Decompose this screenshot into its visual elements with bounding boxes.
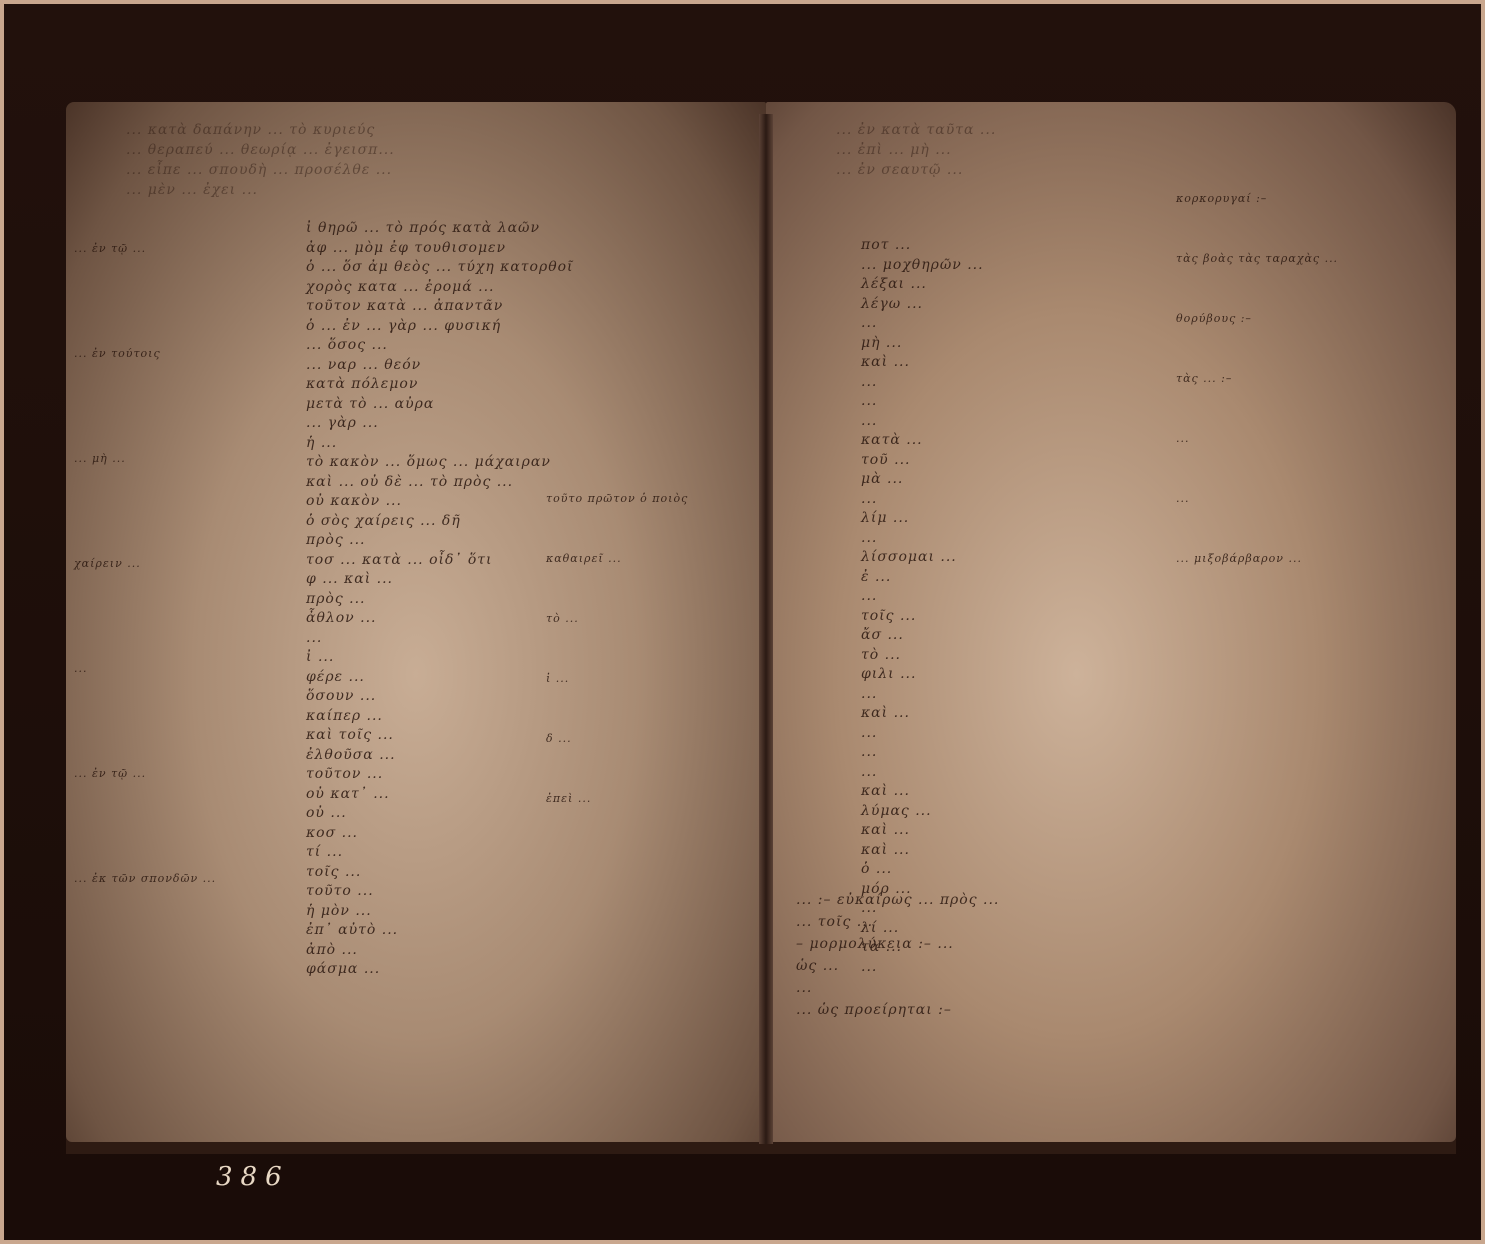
main-text-line: καὶ τοῖς ... (306, 727, 394, 743)
main-text-line: φιλι ... (861, 666, 916, 682)
main-text-line: κοσ ... (306, 825, 358, 841)
main-text-line: χορὸς κατα ... ἐρομά ... (306, 279, 494, 295)
main-text-line: ... (861, 588, 877, 604)
main-text-line: ὁ ... ἐν ... γὰρ ... φυσική (306, 318, 501, 334)
main-text-line: καὶ ... (861, 842, 910, 858)
main-text-line: λίσσομαι ... (861, 549, 957, 565)
main-text-line: φ ... καὶ ... (306, 571, 393, 587)
header-text-line: ... ἐν σεαυτῷ ... (836, 162, 963, 178)
main-text-line: ὅσουν ... (306, 688, 376, 704)
plate-number: 386 (216, 1162, 290, 1192)
marginal-note: ... ἐν τούτοις (74, 347, 161, 360)
main-text-line: ἄσ ... (861, 627, 904, 643)
main-text-line: κατὰ ... (861, 432, 923, 448)
main-text-line: ἐπ᾽ αὐτὸ ... (306, 922, 398, 938)
main-text-line: ἡ μὸν ... (306, 903, 372, 919)
main-text-line: ... μοχθηρῶν ... (861, 257, 984, 273)
header-text-line: ... κατὰ δαπάνην ... τὸ κυριεύς (126, 122, 375, 138)
main-text-line: τοῦ ... (861, 452, 911, 468)
header-text-line: ... ἐν κατὰ ταῦτα ... (836, 122, 996, 138)
marginal-note: ... ἐν τῷ ... (74, 242, 146, 255)
marginal-note: ... μὴ ... (74, 452, 126, 465)
main-text-line: μὴ ... (861, 335, 902, 351)
main-text-line: ὁ σὸς χαίρεις ... δῆ (306, 513, 461, 529)
header-text-line: ... ἐπὶ ... μὴ ... (836, 142, 952, 158)
main-text-line: ... (861, 491, 877, 507)
main-text-line: ... (861, 315, 877, 331)
marginal-note: δ ... (546, 732, 572, 745)
main-text-line: ... (861, 686, 877, 702)
main-text-line: ἀπὸ ... (306, 942, 358, 958)
main-text-line: ἰ ... (306, 649, 334, 665)
main-text-line: ... (306, 630, 322, 646)
main-text-line: φάσμα ... (306, 961, 380, 977)
main-text-line: τὸ κακὸν ... ὅμως ... μάχαιραν (306, 454, 551, 470)
header-text-line: ... θεραπεύ ... θεωρίᾳ ... ἐγεισπ... (126, 142, 395, 158)
scholia-line: ... :– εὐκαίρως ... πρὸς ... (796, 892, 999, 908)
main-text-line: τὸ ... (861, 647, 901, 663)
marginal-note: κορκορυγαί :– (1176, 192, 1267, 205)
marginal-note: ... ἐν τῷ ... (74, 767, 146, 780)
main-text-line: τοῖς ... (306, 864, 361, 880)
main-text-line: ... (861, 744, 877, 760)
main-text-line: ... ὅσος ... (306, 337, 388, 353)
main-text-line: καὶ ... (861, 705, 910, 721)
main-text-line: λίμ ... (861, 510, 909, 526)
header-text-line: ... εἶπε ... σπουδὴ ... προσέλθε ... (126, 162, 392, 178)
marginal-note: τοῦτο πρῶτον ὁ ποιὸς (546, 492, 688, 505)
main-text-line: μὰ ... (861, 471, 903, 487)
marginal-note: ... (74, 662, 88, 675)
marginal-note: ... μιξοβάρβαρον ... (1176, 552, 1302, 565)
main-text-line: οὐ κακὸν ... (306, 493, 402, 509)
marginal-note: τὰς ... :– (1176, 372, 1232, 385)
main-text-line: λέγω ... (861, 296, 923, 312)
main-text-line: οὐ κατ᾽ ... (306, 786, 390, 802)
main-text-line: τοῦτο ... (306, 883, 374, 899)
scholia-line: ... ὡς προείρηται :– (796, 1002, 952, 1018)
main-text-line: ... γὰρ ... (306, 415, 379, 431)
main-text-line: ... (861, 725, 877, 741)
marginal-note: ... ἐκ τῶν σπονδῶν ... (74, 872, 216, 885)
main-text-line: ... (861, 393, 877, 409)
main-text-line: ἡ ... (306, 435, 337, 451)
main-text-line: φέρε ... (306, 669, 365, 685)
marginal-note: ἐπεὶ ... (546, 792, 591, 805)
main-text-line: τοῦτον κατὰ ... ἀπαντᾶν (306, 298, 503, 314)
main-text-line: ὁ ... (861, 861, 892, 877)
marginal-note: χαίρειν ... (74, 557, 141, 570)
marginal-note: ... (1176, 492, 1190, 505)
main-text-line: πρὸς ... (306, 591, 366, 607)
main-text-line: ὁ ... ὅσ ἀμ θεὸς ... τύχη κατορθοῖ (306, 259, 574, 275)
main-text-line: λέξαι ... (861, 276, 927, 292)
main-text-line: ... (861, 530, 877, 546)
main-text-line: ἀφ ... μὸμ ἐφ τουθισομεν (306, 240, 506, 256)
marginal-note: τὸ ... (546, 612, 579, 625)
main-text-line: ποτ ... (861, 237, 911, 253)
main-text-line: κατὰ πόλεμον (306, 376, 418, 392)
main-text-line: ἆθλον ... (306, 610, 377, 626)
right-page: ... ἐν κατὰ ταῦτα ... ... ἐπὶ ... μὴ ...… (766, 102, 1456, 1142)
main-text-line: καὶ ... (861, 822, 910, 838)
main-text-line: ... (861, 959, 877, 975)
scholia-line: – μορμολύκεια :– ... (796, 936, 954, 952)
main-text-line: καὶ ... οὐ δὲ ... τὸ πρὸς ... (306, 474, 513, 490)
main-text-line: ... (861, 413, 877, 429)
header-text-line: ... μὲν ... ἐχει ... (126, 182, 258, 198)
main-text-line: τοῖς ... (861, 608, 916, 624)
main-text-line: λύμας ... (861, 803, 932, 819)
scholia-line: ὡς ... (796, 958, 839, 974)
main-text-line: τοῦτον ... (306, 766, 383, 782)
main-text-line: ἐ ... (861, 569, 891, 585)
main-text-line: μετὰ τὸ ... αὐρα (306, 396, 434, 412)
main-text-line: ἰ θηρῶ ... τὸ πρός κατὰ λαῶν (306, 220, 540, 236)
left-page: ... κατὰ δαπάνην ... τὸ κυριεύς... θεραπ… (66, 102, 766, 1142)
marginal-note: τὰς βοὰς τὰς ταραχὰς ... (1176, 252, 1338, 265)
scholia-line: ... (796, 980, 812, 996)
main-text-line: τοσ ... κατὰ ... οἶδ᾽ ὅτι (306, 552, 493, 568)
main-text-line: ... (861, 764, 877, 780)
main-text-line: οὐ ... (306, 805, 347, 821)
main-text-line: ἐλθοῦσα ... (306, 747, 396, 763)
main-text-line: τί ... (306, 844, 343, 860)
marginal-note: ... (1176, 432, 1190, 445)
main-text-line: ... ναρ ... θεόν (306, 357, 421, 373)
book-gutter (759, 114, 773, 1144)
main-text-line: πρὸς ... (306, 532, 366, 548)
main-text-line: καίπερ ... (306, 708, 383, 724)
main-text-line: καὶ ... (861, 783, 910, 799)
main-text-line: καὶ ... (861, 354, 910, 370)
marginal-note: καθαιρεῖ ... (546, 552, 622, 565)
main-text-line: ... (861, 374, 877, 390)
marginal-note: ἰ ... (546, 672, 569, 685)
manuscript-photograph: ... κατὰ δαπάνην ... τὸ κυριεύς... θεραπ… (0, 0, 1485, 1244)
scholia-line: ... τοῖς ... (796, 914, 873, 930)
marginal-note: θορύβους :– (1176, 312, 1252, 325)
